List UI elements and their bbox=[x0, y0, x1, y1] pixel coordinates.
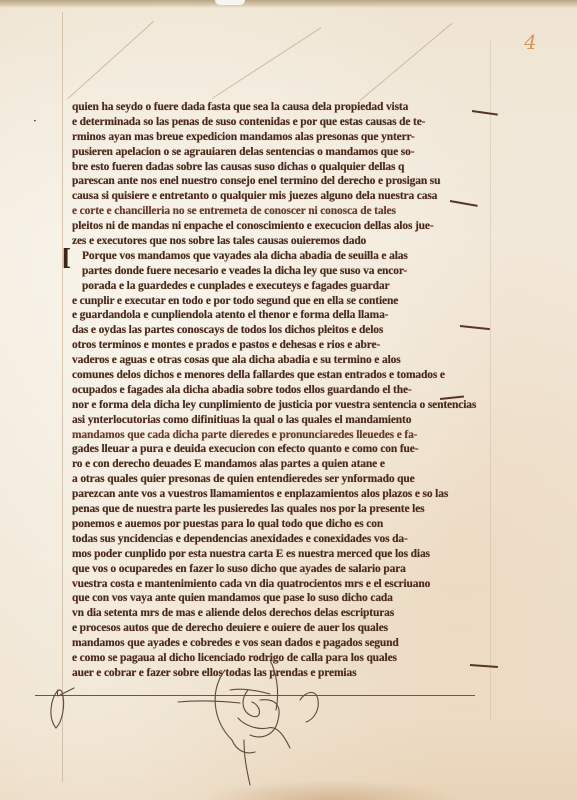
signature-flourish bbox=[0, 0, 577, 800]
manuscript-page: 4 · [ quien ha seydo o fuere dada fasta … bbox=[0, 0, 577, 800]
